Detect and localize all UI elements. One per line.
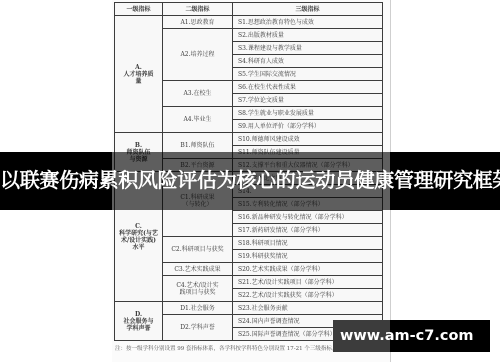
level2-cell: C3.艺术实践成果 <box>162 262 233 276</box>
level1-code: D. <box>135 311 142 318</box>
header-level2: 二级指标 <box>162 2 233 16</box>
level1-d: D. 社会服务与学科声誉 <box>114 301 163 341</box>
level1-label: 社会服务与学科声誉 <box>122 318 156 332</box>
level1-label: 科学研究(与艺术/设计实践)水平 <box>119 230 159 251</box>
level2-cell: D1.社会服务 <box>162 301 233 315</box>
level1-code: A. <box>135 64 142 71</box>
level3-cell: S8.学生就业与职业发展质量 <box>232 106 383 120</box>
level3-cell: S16.新品种研发与转化情况（部分学科） <box>232 210 383 224</box>
level3-cell: S22.艺术/设计实践获奖（部分学科） <box>232 288 383 302</box>
level2-cell: A3.在校生 <box>162 80 233 107</box>
header-level3: 三级指标 <box>232 2 383 16</box>
level3-cell: S10.师德师风建设成效 <box>232 132 383 146</box>
level2-cell: C2.科研项目与获奖 <box>162 236 233 263</box>
level1-code: B. <box>135 142 142 149</box>
level3-cell: S21.艺术/设计实践项目（部分学科） <box>232 275 383 289</box>
level1-label: 人才培养质量 <box>123 71 155 85</box>
level1-code: C. <box>135 223 142 230</box>
level3-cell: S2.出版教材质量 <box>232 28 383 42</box>
level2-cell: A4.毕业生 <box>162 106 233 133</box>
header-level1: 一级指标 <box>114 2 163 16</box>
level2-cell: C4.艺术/设计实践项目与获奖 <box>162 275 233 302</box>
level3-cell: S3.课程建设与教学质量 <box>232 41 383 55</box>
level3-cell: S1.思想政治教育特色与成效 <box>232 15 383 29</box>
level3-cell: S20.艺术实践成果（部分学科） <box>232 262 383 276</box>
level3-cell: S6.在校生代表性成果 <box>232 80 383 94</box>
level1-a: A. 人才培养质量 <box>114 15 163 133</box>
level3-cell: S18.科研项目情况 <box>232 236 383 250</box>
level2-cell: A1.思政教育 <box>162 15 233 29</box>
level3-cell: S17.新药研发情况（部分学科） <box>232 223 383 237</box>
level2-label: C4.艺术/设计实践项目与获奖 <box>174 282 222 296</box>
level3-cell: S5.学生国际交流情况 <box>232 67 383 81</box>
overlay-title: 以联赛伤病累积风险评估为核心的运动员健康管理研究框架 <box>0 166 500 194</box>
level3-cell: S9.用人单位评价（部分学科） <box>232 119 383 133</box>
level2-cell: D2.学科声誉 <box>162 314 233 341</box>
level3-cell: S7.学位论文质量 <box>232 93 383 107</box>
level3-cell: S19.科研获奖情况 <box>232 249 383 263</box>
level3-cell: S23.社会服务贡献 <box>232 301 383 315</box>
watermark-url: www.am-c7.com <box>340 322 488 350</box>
level2-cell: A2.培养过程 <box>162 28 233 81</box>
level3-cell: S4.科研育人成效 <box>232 54 383 68</box>
